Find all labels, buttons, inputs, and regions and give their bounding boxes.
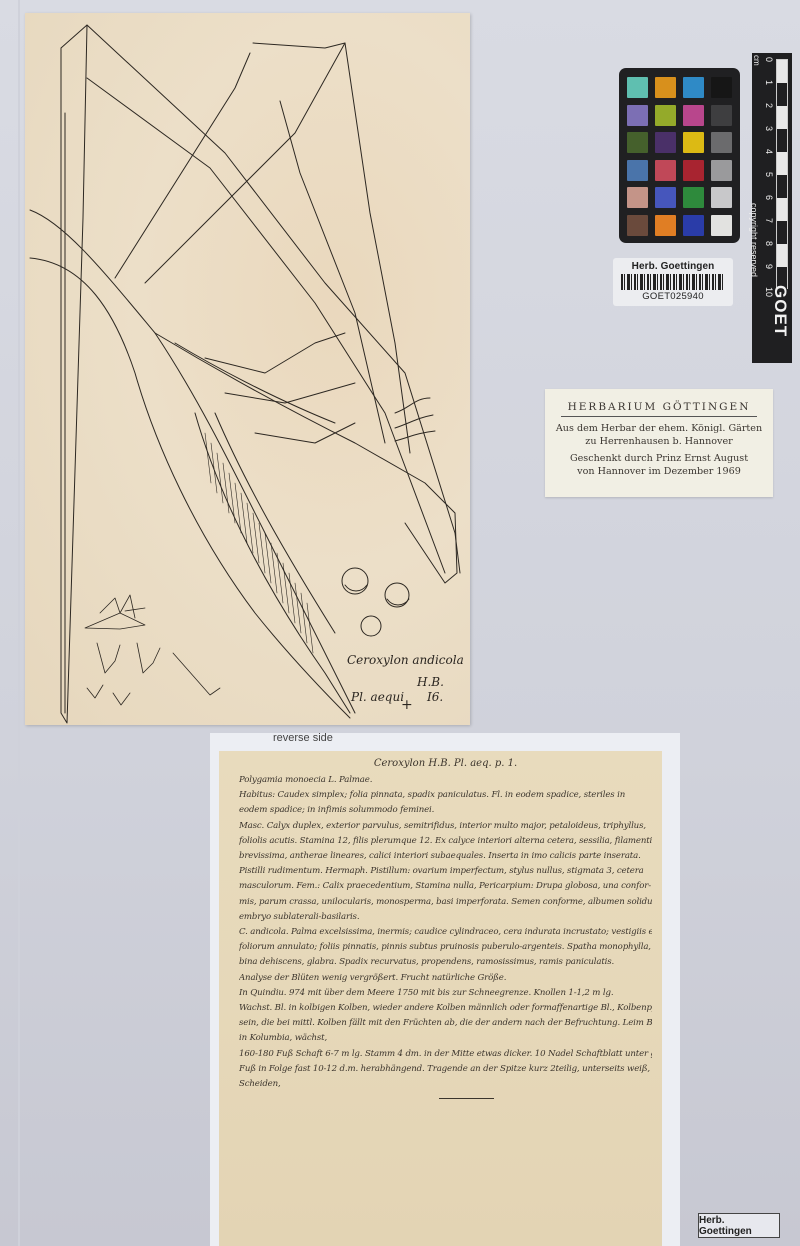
ruler-tick-label: 1	[764, 80, 774, 85]
barcode-number: GOET025940	[613, 291, 733, 302]
card-divider	[561, 416, 757, 417]
manuscript-line: Analyse der Blüten wenig vergrößert. Fru…	[239, 971, 652, 986]
manuscript-line: masculorum. Fem.: Calix praecedentium, S…	[239, 879, 652, 894]
manuscript-line: bina dehiscens, glabra. Spadix recurvatu…	[239, 955, 652, 970]
ruler-tick-label: 0	[764, 57, 774, 62]
color-swatch	[627, 105, 648, 126]
color-swatch	[627, 132, 648, 153]
herbarium-stamp: Herb. Goettingen	[698, 1213, 780, 1238]
color-calibration-chart	[619, 68, 740, 243]
palm-illustration	[25, 13, 470, 725]
color-swatch	[683, 105, 704, 126]
manuscript-line: Polygamia monoecia L. Palmae.	[239, 773, 652, 788]
color-swatch	[655, 77, 676, 98]
color-swatch	[627, 77, 648, 98]
color-swatch	[655, 160, 676, 181]
manuscript-line: foliolis acutis. Stamina 12, filis pleru…	[239, 834, 652, 849]
botanical-drawing-sheet: Ceroxylon andicola H.B. Pl. aequi + I6.	[25, 13, 470, 725]
ruler-segment	[777, 106, 787, 129]
card-line: Aus dem Herbar der ehem. Königl. Gärten	[545, 422, 773, 435]
species-annotation: Ceroxylon andicola	[347, 653, 464, 667]
barcode-label: Herb. Goettingen GOET025940	[613, 258, 733, 306]
ruler-tick-label: 6	[764, 195, 774, 200]
color-swatch	[683, 77, 704, 98]
color-swatch	[655, 132, 676, 153]
ruler-unit: cm	[752, 55, 761, 66]
color-swatch	[683, 187, 704, 208]
ruler-segment	[777, 244, 787, 267]
cross-mark: +	[401, 697, 413, 713]
ruler-brand-logo: GOET	[770, 285, 790, 337]
barcode-icon	[621, 274, 725, 290]
color-swatch	[627, 215, 648, 236]
color-swatch	[683, 215, 704, 236]
reverse-side-manuscript: Ceroxylon H.B. Pl. aeq. p. 1. Polygamia …	[219, 751, 662, 1246]
manuscript-line: In Quindiu. 974 mit über dem Meere 1750 …	[239, 986, 652, 1001]
barcode-institution: Herb. Goettingen	[613, 261, 733, 272]
ruler-copyright: copyright reserved	[749, 203, 759, 277]
card-line: von Hannover im Dezember 1969	[545, 465, 773, 478]
ruler-segment	[777, 83, 787, 106]
manuscript-line: mis, parum crassa, unilocularis, monospe…	[239, 895, 652, 910]
manuscript-line: brevissima, antherae lineares, calici in…	[239, 849, 652, 864]
ruler-tick-label: 8	[764, 241, 774, 246]
plate-annotation: I6.	[427, 690, 443, 704]
manuscript-line: Fuß in Folge fast 10-12 d.m. herabhängen…	[239, 1062, 652, 1077]
color-swatch	[711, 160, 732, 181]
mount-sheet-edge	[18, 0, 20, 1246]
ruler-segment	[777, 175, 787, 198]
scale-ruler: cm 012345678910 copyright reserved GOET	[752, 53, 792, 363]
color-swatch	[711, 105, 732, 126]
color-swatch	[683, 160, 704, 181]
color-swatch	[655, 105, 676, 126]
ruler-segment	[777, 152, 787, 175]
manuscript-line: Pistilli rudimentum. Hermaph. Pistillum:…	[239, 864, 652, 879]
card-title: HERBARIUM GÖTTINGEN	[545, 401, 773, 413]
color-swatch	[711, 187, 732, 208]
ruler-segment	[777, 198, 787, 221]
herbarium-provenance-card: HERBARIUM GÖTTINGEN Aus dem Herbar der e…	[545, 389, 773, 497]
color-swatch	[655, 215, 676, 236]
ruler-segment	[777, 60, 787, 83]
manuscript-line: foliorum annulato; foliis pinnatis, pinn…	[239, 940, 652, 955]
manuscript-line: embryo sublaterali-basilaris.	[239, 910, 652, 925]
manuscript-line: C. andicola. Palma excelsissima, inermis…	[239, 925, 652, 940]
ruler-tick-label: 7	[764, 218, 774, 223]
manuscript-heading: Ceroxylon H.B. Pl. aeq. p. 1.	[239, 758, 652, 769]
manuscript-line: eodem spadice; in infimis solummodo femi…	[239, 803, 652, 818]
ruler-segment	[777, 129, 787, 152]
ruler-tick-label: 4	[764, 149, 774, 154]
color-swatch	[627, 187, 648, 208]
manuscript-line: sein, die bei mittl. Kolben fällt mit de…	[239, 1016, 652, 1031]
ruler-tick-label: 3	[764, 126, 774, 131]
manuscript-line: Masc. Calyx duplex, exterior parvulus, s…	[239, 819, 652, 834]
color-swatch	[627, 160, 648, 181]
ruler-segment	[777, 221, 787, 244]
ruler-tick-label: 9	[764, 264, 774, 269]
manuscript-end-rule	[439, 1098, 494, 1099]
manuscript-line: Wachst. Bl. in kolbigen Kolben, wieder a…	[239, 1001, 652, 1016]
card-line: zu Herrenhausen b. Hannover	[545, 435, 773, 448]
color-swatch	[711, 77, 732, 98]
color-swatch	[711, 215, 732, 236]
card-line: Geschenkt durch Prinz Ernst August	[545, 452, 773, 465]
manuscript-line: Scheiden,	[239, 1077, 652, 1092]
reference-annotation: Pl. aequi	[351, 690, 404, 704]
color-swatch	[683, 132, 704, 153]
author-annotation: H.B.	[417, 675, 444, 689]
color-swatch	[655, 187, 676, 208]
manuscript-line: in Kolumbia, wächst,	[239, 1031, 652, 1046]
manuscript-line: Habitus: Caudex simplex; folia pinnata, …	[239, 788, 652, 803]
manuscript-line: 160-180 Fuß Schaft 6-7 m lg. Stamm 4 dm.…	[239, 1047, 652, 1062]
ruler-scale-bar	[776, 59, 788, 289]
reverse-side-caption: reverse side	[273, 732, 333, 744]
color-swatch	[711, 132, 732, 153]
ruler-tick-label: 2	[764, 103, 774, 108]
ruler-tick-label: 5	[764, 172, 774, 177]
